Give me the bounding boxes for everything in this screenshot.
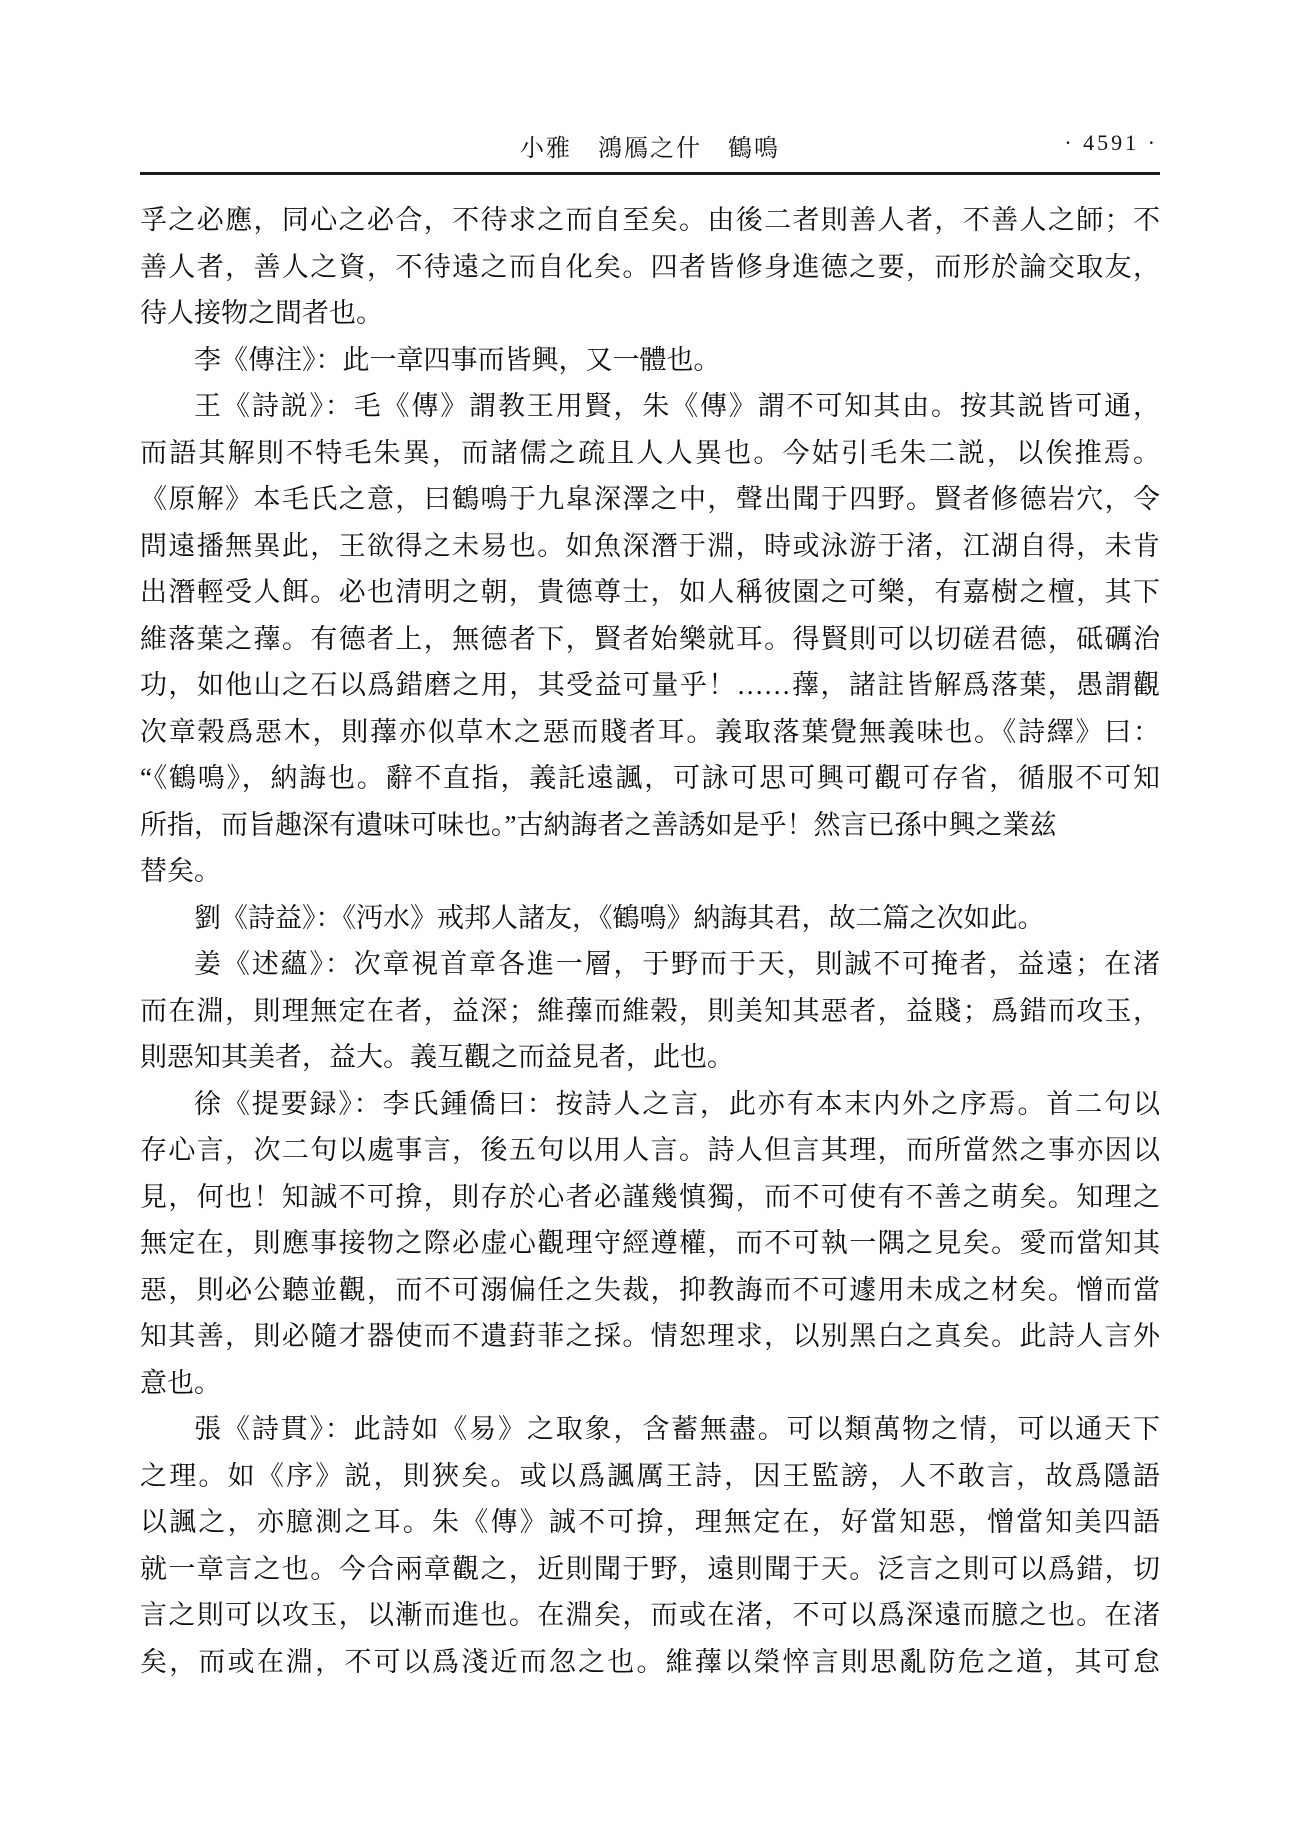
text-line: 善人者，善人之資，不待遠之而自化矣。四者皆修身進德之要，而形於論交取友，: [140, 244, 1160, 291]
text-line: 則惡知其美者，益大。義互觀之而益見者，此也。: [140, 1034, 1160, 1081]
running-head-title: 小雅 鴻鴈之什 鶴鳴: [140, 128, 1160, 163]
scanned-book-page: 小雅 鴻鴈之什 鶴鳴 · 4591 · 孚之必應，同心之必合，不待求之而自至矣。…: [0, 0, 1300, 1827]
text-line: 維落葉之蘀。有德者上，無德者下，賢者始樂就耳。得賢則可以切磋君德，砥礪治: [140, 616, 1160, 663]
text-line: 王《詩説》：毛《傳》謂教王用賢，朱《傳》謂不可知其由。按其説皆可通，: [140, 383, 1160, 430]
text-line: 姜《述蘊》：次章視首章各進一層，于野而于天，則誠不可掩者，益遠；在渚: [140, 941, 1160, 988]
text-line: 孚之必應，同心之必合，不待求之而自至矣。由後二者則善人者，不善人之師；不: [140, 197, 1160, 244]
text-line: 意也。: [140, 1360, 1160, 1407]
text-line: 替矣。: [140, 848, 1160, 895]
text-line: 之理。如《序》説，則狹矣。或以爲諷厲王詩，因王監謗，人不敢言，故爲隱語: [140, 1453, 1160, 1500]
text-line: 問遠播無異此，王欲得之未易也。如魚深潛于淵，時或泳游于渚，江湖自得，未肯: [140, 523, 1160, 570]
text-line: 而語其解則不特毛朱異，而諸儒之疏且人人異也。今姑引毛朱二説，以俟推焉。: [140, 430, 1160, 477]
text-line: 張《詩貫》：此詩如《易》之取象，含蓄無盡。可以類萬物之情，可以通天下: [140, 1406, 1160, 1453]
text-line: 見，何也！知誠不可揜，則存於心者必謹幾慎獨，而不可使有不善之萌矣。知理之: [140, 1174, 1160, 1221]
page-header: 小雅 鴻鴈之什 鶴鳴 · 4591 ·: [140, 128, 1160, 170]
text-line: 存心言，次二句以處事言，後五句以用人言。詩人但言其理，而所當然之事亦因以: [140, 1127, 1160, 1174]
text-line: 功，如他山之石以爲錯磨之用，其受益可量乎！……蘀，諸註皆解爲落葉，愚謂觀: [140, 662, 1160, 709]
text-line: 次章榖爲惡木，則蘀亦似草木之惡而賤者耳。義取落葉覺無義味也。《詩繹》曰：: [140, 709, 1160, 756]
text-line: 惡，則必公聽並觀，而不可溺偏任之失裁，抑教誨而不可遽用未成之材矣。憎而當: [140, 1267, 1160, 1314]
text-line: 就一章言之也。今合兩章觀之，近則聞于野，遠則聞于天。泛言之則可以爲錯，切: [140, 1546, 1160, 1593]
text-line: 以諷之，亦臆測之耳。朱《傳》誠不可揜，理無定在，好當知惡，憎當知美四語: [140, 1499, 1160, 1546]
page-number: · 4591 ·: [1064, 130, 1158, 156]
text-line: 徐《提要録》：李氏鍾僑曰：按詩人之言，此亦有本末内外之序焉。首二句以: [140, 1081, 1160, 1128]
text-line: 出潛輕受人餌。必也清明之朝，貴德尊士，如人稱彼園之可樂，有嘉樹之檀，其下: [140, 569, 1160, 616]
text-line: 所指，而旨趣深有遺味可味也。”古納誨者之善誘如是乎！然言已孫中興之業兹: [140, 802, 1160, 849]
text-line: 無定在，則應事接物之際必虚心觀理守經遵權，而不可執一隅之見矣。愛而當知其: [140, 1220, 1160, 1267]
text-line: 李《傳注》：此一章四事而皆興，又一體也。: [140, 337, 1160, 384]
body-lines: 孚之必應，同心之必合，不待求之而自至矣。由後二者則善人者，不善人之師；不善人者，…: [140, 197, 1160, 1685]
header-rule: [140, 172, 1160, 175]
text-line: 待人接物之間者也。: [140, 290, 1160, 337]
text-line: 而在淵，則理無定在者，益深；維蘀而維榖，則美知其惡者，益賤；爲錯而攻玉，: [140, 988, 1160, 1035]
text-line: 矣，而或在淵，不可以爲淺近而忽之也。維蘀以榮悴言則思亂防危之道，其可怠: [140, 1639, 1160, 1686]
text-line: 劉《詩益》：《沔水》戒邦人諸友，《鶴鳴》納誨其君，故二篇之次如此。: [140, 895, 1160, 942]
page-content: 小雅 鴻鴈之什 鶴鳴 · 4591 · 孚之必應，同心之必合，不待求之而自至矣。…: [140, 128, 1160, 1685]
text-line: “《鶴鳴》，納誨也。辭不直指，義託遠諷，可詠可思可興可觀可存省，循服不可知: [140, 755, 1160, 802]
text-line: 知其善，則必隨才器使而不遺葑菲之採。情恕理求，以别黑白之真矣。此詩人言外: [140, 1313, 1160, 1360]
text-line: 《原解》本毛氏之意，曰鶴鳴于九皐深澤之中，聲出聞于四野。賢者修德岩穴，令: [140, 476, 1160, 523]
text-line: 言之則可以攻玉，以漸而進也。在淵矣，而或在渚，不可以爲深遠而臆之也。在渚: [140, 1592, 1160, 1639]
